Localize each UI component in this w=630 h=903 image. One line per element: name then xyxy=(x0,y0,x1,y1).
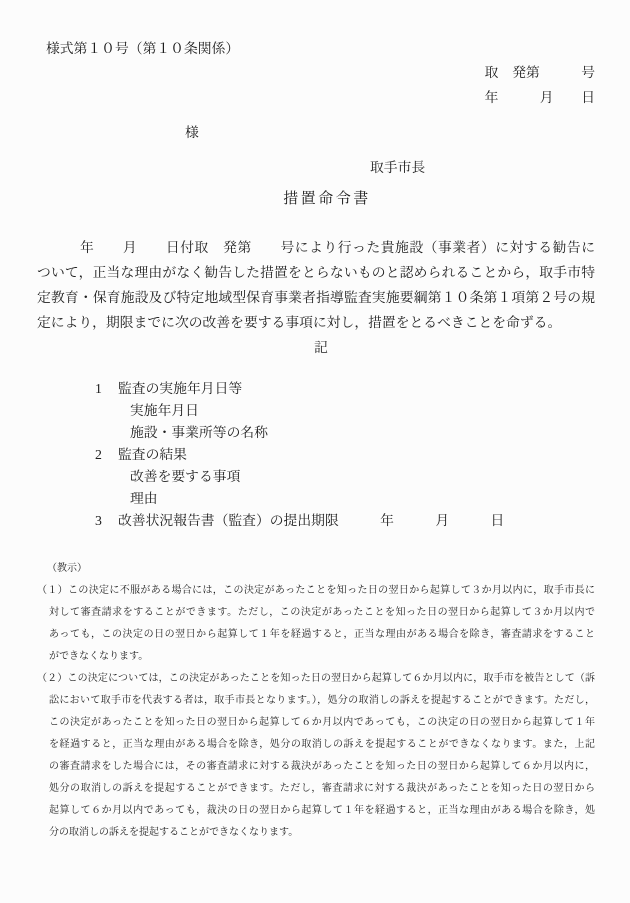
list-item-number: 3 xyxy=(95,510,118,532)
body-paragraph: 年 月 日付取 発第 号により行った貴施設（事業者）に対する勧告に ついて，正当… xyxy=(37,235,595,335)
note-line: この決定があったことを知った日の翌日から起算して６か月以内であっても，この決定の… xyxy=(49,712,595,734)
body-line: 定教育・保育施設及び特定地域型保育事業者指導監査実施要綱第１０条第１項第２号の規 xyxy=(37,285,595,310)
note-line: （２）この決定については，この決定があったことを知った日の翌日から起算して６か月… xyxy=(49,668,595,690)
list-item-number: 2 xyxy=(95,444,118,466)
list-item-1: 1監査の実施年月日等 xyxy=(37,378,595,400)
note-line: （１）この決定に不服がある場合には，この決定があったことを知った日の翌日から起算… xyxy=(49,580,595,602)
list-subitem: 理由 xyxy=(37,488,595,510)
notes-section: （教示） （１）この決定に不服がある場合には，この決定があったことを知った日の翌… xyxy=(37,558,595,844)
addressee-honorific: 様 xyxy=(185,125,199,140)
list-subitem: 改善を要する事項 xyxy=(37,466,595,488)
doc-title: 措置命令書 xyxy=(37,187,595,212)
list-item-label: 監査の結果 xyxy=(118,447,187,462)
note-line: 分の取消しの訴えを提起することができなくなります。 xyxy=(49,822,595,844)
notes-heading: （教示） xyxy=(37,558,595,580)
body-line: 年 月 日付取 発第 号により行った貴施設（事業者）に対する勧告に xyxy=(37,235,595,260)
body-line: 定により，期限までに次の改善を要する事項に対し，措置をとるべきことを命ずる。 xyxy=(37,310,595,335)
note-line: 処分の取消しの訴えを提起することができます。ただし，審査請求に対する裁決があった… xyxy=(49,778,595,800)
note-line: の審査請求をした場合には，その審査請求に対する裁決があったことを知った日の翌日か… xyxy=(49,756,595,778)
list-subitem: 実施年月日 xyxy=(37,400,595,422)
record-marker: 記 xyxy=(37,335,595,360)
list-item-3: 3改善状況報告書（監査）の提出期限 年 月 日 xyxy=(37,510,595,532)
doc-date: 年 月 日 xyxy=(37,85,595,110)
list-item-label: 改善状況報告書（監査）の提出期限 年 月 日 xyxy=(118,513,504,528)
doc-number-block: 取 発第 号 年 月 日 xyxy=(37,60,595,110)
note-line: 訟において取手市を代表する者は，取手市長となります。），処分の取消しの訴えを提起… xyxy=(49,690,595,712)
note-line: 対して審査請求をすることができます。ただし，この決定があったことを知った日の翌日… xyxy=(49,602,595,624)
list-item-number: 1 xyxy=(95,378,118,400)
addressee-line: 様 xyxy=(37,120,595,145)
notes-paragraph-1: （１）この決定に不服がある場合には，この決定があったことを知った日の翌日から起算… xyxy=(37,580,595,668)
note-line: 起算して６か月以内であっても，裁決の日の翌日から起算して１年を経過すると，正当な… xyxy=(49,800,595,822)
list-item-2: 2監査の結果 xyxy=(37,444,595,466)
note-line: あっても，この決定の日の翌日から起算して１年を経過すると，正当な理由がある場合を… xyxy=(49,624,595,646)
notes-paragraph-2: （２）この決定については，この決定があったことを知った日の翌日から起算して６か月… xyxy=(37,668,595,844)
list-item-label: 監査の実施年月日等 xyxy=(118,381,242,396)
form-number: 様式第１０号（第１０条関係） xyxy=(37,38,595,60)
list-subitem: 施設・事業所等の名称 xyxy=(37,422,595,444)
sender-name: 取手市長 xyxy=(37,155,595,180)
record-list: 1監査の実施年月日等 実施年月日 施設・事業所等の名称 2監査の結果 改善を要す… xyxy=(37,378,595,532)
note-line: を経過すると，正当な理由がある場合を除き，処分の取消しの訴えを提起することができ… xyxy=(49,734,595,756)
body-line: ついて，正当な理由がなく勧告した措置をとらないものと認められることから，取手市特 xyxy=(37,260,595,285)
note-line: ができなくなります。 xyxy=(49,646,595,668)
document-page: 様式第１０号（第１０条関係） 取 発第 号 年 月 日 様 取手市長 措置命令書… xyxy=(0,0,630,903)
doc-number: 取 発第 号 xyxy=(37,60,595,85)
